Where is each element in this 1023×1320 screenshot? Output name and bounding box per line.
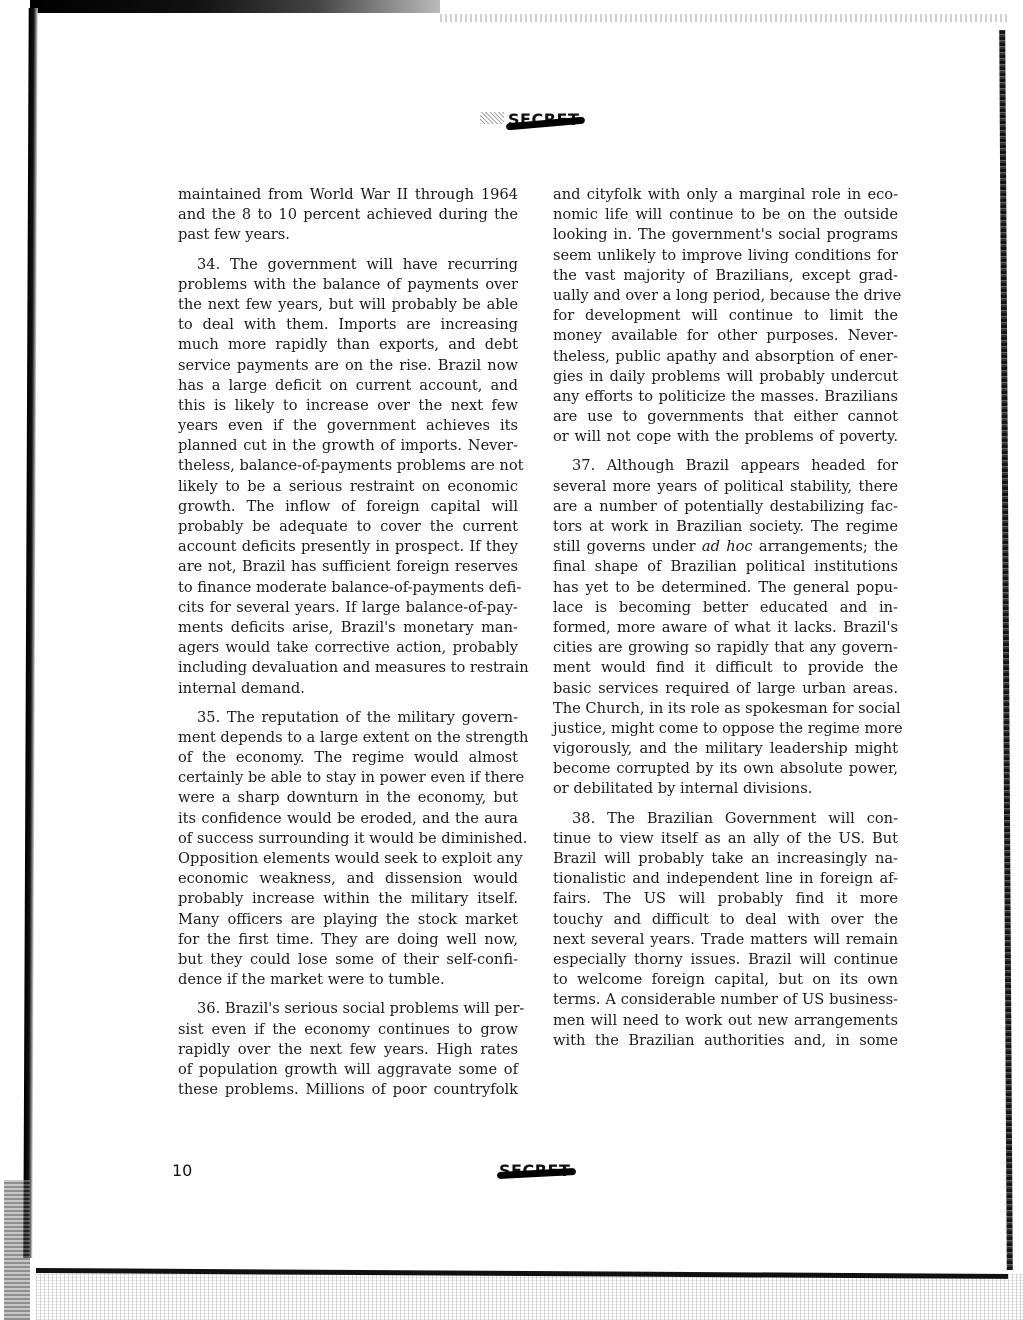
text-line: are not, Brazil has sufficient foreign r…	[178, 557, 518, 577]
text-line: its confidence would be eroded, and the …	[178, 809, 518, 829]
text-line: lace is becoming better educated and in-	[553, 598, 898, 618]
text-line: ment would find it difficult to provide …	[553, 658, 898, 678]
text-line: or debilitated by internal divisions.	[553, 779, 898, 799]
page-number: 10	[172, 1161, 192, 1180]
text-line: this is likely to increase over the next…	[178, 396, 518, 416]
scan-bottom-noise	[36, 1274, 1023, 1320]
text-line: looking in. The government's social prog…	[553, 225, 898, 245]
text-line: including devaluation and measures to re…	[178, 658, 518, 678]
text-line: tinue to view itself as an ally of the U…	[553, 829, 898, 849]
text-line: problems with the balance of payments ov…	[178, 275, 518, 295]
text-line: next several years. Trade matters will r…	[553, 930, 898, 950]
text-line: are a number of potentially destabilizin…	[553, 497, 898, 517]
text-line-with-italic: still governs under ad hoc arrangements;…	[553, 537, 898, 557]
text-line: service payments are on the rise. Brazil…	[178, 356, 518, 376]
text-line: has a large deficit on current account, …	[178, 376, 518, 396]
text-line: tors at work in Brazilian society. The r…	[553, 517, 898, 537]
italic-term: ad hoc	[702, 538, 753, 555]
text-line: ments deficits arise, Brazil's monetary …	[178, 618, 518, 638]
text-line: The Church, in its role as spokesman for…	[553, 699, 898, 719]
text-line: and cityfolk with only a marginal role i…	[553, 185, 898, 205]
text-line: justice, might come to oppose the regime…	[553, 719, 898, 739]
text-line: touchy and difficult to deal with over t…	[553, 910, 898, 930]
text-line: likely to be a serious restraint on econ…	[178, 477, 518, 497]
text-line: much more rapidly than exports, and debt	[178, 335, 518, 355]
text-line: theless, public apathy and absorption of…	[553, 347, 898, 367]
paragraph-36-continued: and cityfolk with only a marginal role i…	[553, 185, 898, 447]
text-line: gies in daily problems will probably und…	[553, 367, 898, 387]
text-line: were a sharp downturn in the economy, bu…	[178, 788, 518, 808]
paragraph-38: 38. The Brazilian Government will con- t…	[553, 809, 898, 1051]
text-line: ually and over a long period, because th…	[553, 286, 898, 306]
text-line: probably be adequate to cover the curren…	[178, 517, 518, 537]
text-line: maintained from World War II through 196…	[178, 185, 518, 205]
paragraph-37: 37. Although Brazil appears headed for s…	[553, 456, 898, 799]
text-line: years even if the government achieves it…	[178, 416, 518, 436]
text-line: of the economy. The regime would almost	[178, 748, 518, 768]
text-line: money available for other purposes. Neve…	[553, 326, 898, 346]
text-line: several more years of political stabilit…	[553, 477, 898, 497]
left-column: maintained from World War II through 196…	[178, 185, 518, 1109]
text-line: basic services required of large urban a…	[553, 679, 898, 699]
text-line: internal demand.	[178, 679, 518, 699]
text-line: Many officers are playing the stock mark…	[178, 910, 518, 930]
text-line: or will not cope with the problems of po…	[553, 427, 898, 447]
text-line: to deal with them. Imports are increasin…	[178, 315, 518, 335]
text-line: these problems. Millions of poor country…	[178, 1080, 518, 1100]
text-line: seem unlikely to improve living conditio…	[553, 246, 898, 266]
text-line: with the Brazilian authorities and, in s…	[553, 1031, 898, 1051]
text-line: formed, more aware of what it lacks. Bra…	[553, 618, 898, 638]
text-line: theless, balance-of-payments problems ar…	[178, 456, 518, 476]
text-line: growth. The inflow of foreign capital wi…	[178, 497, 518, 517]
paragraph-continuation: maintained from World War II through 196…	[178, 185, 518, 246]
paragraph-36: 36. Brazil's serious social problems wil…	[178, 999, 518, 1100]
scan-left-edge-shadow	[23, 8, 37, 1258]
scan-top-edge-shadow	[30, 0, 440, 13]
scan-right-edge-shadow	[999, 30, 1013, 1270]
text-line: especially thorny issues. Brazil will co…	[553, 950, 898, 970]
text-line: but they could lose some of their self-c…	[178, 950, 518, 970]
text-line: agers would take corrective action, prob…	[178, 638, 518, 658]
text-line: ment depends to a large extent on the st…	[178, 728, 518, 748]
scan-top-edge-noise	[440, 14, 1010, 22]
text-line: rapidly over the next few years. High ra…	[178, 1040, 518, 1060]
text-line: has yet to be determined. The general po…	[553, 578, 898, 598]
text-line: 35. The reputation of the military gover…	[178, 708, 518, 728]
text-line: cits for several years. If large balance…	[178, 598, 518, 618]
text-line: dence if the market were to tumble.	[178, 970, 518, 990]
text-line: to welcome foreign capital, but on its o…	[553, 970, 898, 990]
text-line: Opposition elements would seek to exploi…	[178, 849, 518, 869]
text-line: 34. The government will have recurring	[178, 255, 518, 275]
text-line: become corrupted by its own absolute pow…	[553, 759, 898, 779]
classification-stamp-header: SECRET	[508, 110, 579, 129]
text-line: 37. Although Brazil appears headed for	[553, 456, 898, 476]
right-column: and cityfolk with only a marginal role i…	[553, 185, 898, 1060]
text-line: of success surrounding it would be dimin…	[178, 829, 518, 849]
text-line: tionalistic and independent line in fore…	[553, 869, 898, 889]
text-line: vigorously, and the military leadership …	[553, 739, 898, 759]
classification-stamp-footer: SECRET	[499, 1161, 570, 1180]
text-line: economic weakness, and dissension would	[178, 869, 518, 889]
text-line: 36. Brazil's serious social problems wil…	[178, 999, 518, 1019]
text-line: to finance moderate balance-of-payments …	[178, 578, 518, 598]
text-line: men will need to work out new arrangemen…	[553, 1011, 898, 1031]
text-line: past few years.	[178, 225, 518, 245]
text-line: final shape of Brazilian political insti…	[553, 557, 898, 577]
text-line: of population growth will aggravate some…	[178, 1060, 518, 1080]
text-line: Brazil will probably take an increasingl…	[553, 849, 898, 869]
scan-left-corner-noise	[4, 1180, 30, 1320]
text-line: for development will continue to limit t…	[553, 306, 898, 326]
text-line: account deficits presently in prospect. …	[178, 537, 518, 557]
paragraph-35: 35. The reputation of the military gover…	[178, 708, 518, 991]
text-line: cities are growing so rapidly that any g…	[553, 638, 898, 658]
text-line: are use to governments that either canno…	[553, 407, 898, 427]
text-line: sist even if the economy continues to gr…	[178, 1020, 518, 1040]
text-segment: arrangements; the	[753, 538, 898, 555]
text-line: the vast majority of Brazilians, except …	[553, 266, 898, 286]
text-line: probably increase within the military it…	[178, 889, 518, 909]
text-line: terms. A considerable number of US busin…	[553, 990, 898, 1010]
text-line: certainly be able to stay in power even …	[178, 768, 518, 788]
text-line: nomic life will continue to be on the ou…	[553, 205, 898, 225]
paragraph-34: 34. The government will have recurring p…	[178, 255, 518, 699]
text-segment: still governs under	[553, 538, 702, 555]
text-line: 38. The Brazilian Government will con-	[553, 809, 898, 829]
text-line: planned cut in the growth of imports. Ne…	[178, 436, 518, 456]
text-line: fairs. The US will probably find it more	[553, 889, 898, 909]
text-line: any efforts to politicize the masses. Br…	[553, 387, 898, 407]
text-line: and the 8 to 10 percent achieved during …	[178, 205, 518, 225]
text-line: for the first time. They are doing well …	[178, 930, 518, 950]
text-line: the next few years, but will probably be…	[178, 295, 518, 315]
ink-smudge	[480, 112, 504, 124]
